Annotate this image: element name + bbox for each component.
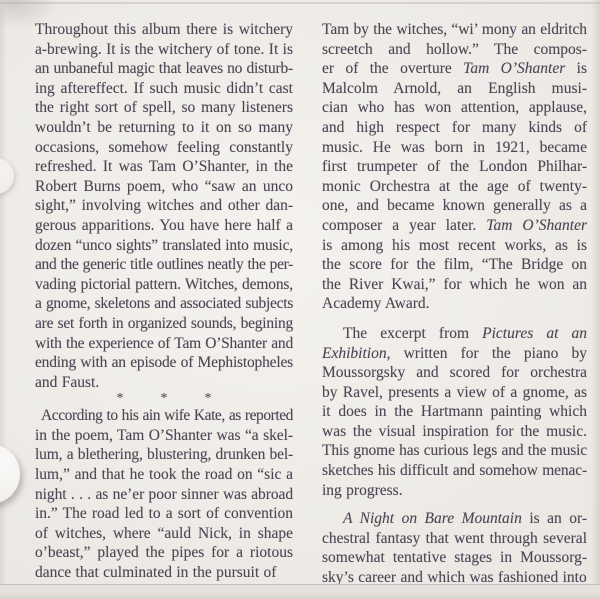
text-line: and the generic title outlines neatly th…	[35, 255, 293, 275]
text-line: dance that culminated in the pursuit of	[35, 563, 293, 583]
text-line: a-brewing. It is the witchery of tone. I…	[35, 40, 293, 60]
text-line: was the visual inspiration for the music…	[322, 422, 587, 442]
liner-notes-page: Throughout this album there is witcherya…	[0, 0, 600, 599]
text-line: in.” The road led to a sort of conventio…	[35, 504, 293, 524]
text-line: ing progress.	[322, 481, 587, 501]
text-line: the River Kwai,” for which he won an	[322, 275, 587, 295]
asterisk: *	[205, 393, 212, 406]
text-line: a gnome, skeletons and associated subjec…	[35, 294, 293, 314]
text-line: by Ravel, presents a view of a gnome, as	[322, 383, 587, 403]
text-line: dozen “unco sights” translated into musi…	[35, 236, 293, 256]
text-line: Exhibition, written for the piano by	[322, 344, 587, 364]
text-line: monic Orchestra at the age of twenty-	[322, 177, 587, 197]
text-line: Moussorgsky and scored for orchestra	[322, 363, 587, 383]
text-line: is among his most recent works, as is	[322, 236, 587, 256]
section-separator: ***	[35, 392, 293, 406]
paragraph: The excerpt from Pictures at anExhibitio…	[322, 324, 587, 500]
text-line: According to his ain wife Kate, as repor…	[35, 406, 293, 426]
text-line: lum, a blethering, blustering, drunken b…	[35, 445, 293, 465]
text-line: composer a year later. Tam O’Shanter	[322, 216, 587, 236]
text-line: of witches, where “auld Nick, in shape	[35, 524, 293, 544]
paragraph: A Night on Bare Mountain is an or-chestr…	[322, 509, 587, 587]
text-line: in the poem, Tam O’Shanter was “a skel-	[35, 426, 293, 446]
text-line: wouldn’t be returning to it on so many	[35, 118, 293, 138]
text-line: o’beast,” played the pipes for a riotous	[35, 543, 293, 563]
text-line: screetch and hollow.” The compos-	[322, 40, 587, 60]
text-line: and Faust.	[35, 373, 293, 393]
text-line: ending with an episode of Mephistopheles	[35, 353, 293, 373]
text-line: gerous apparitions. You have here half a	[35, 216, 293, 236]
text-line: lum,” and that he took the road on “sic …	[35, 465, 293, 485]
page-bottom-edge	[0, 584, 600, 599]
text-line: cian who has won attention, applause,	[322, 98, 587, 118]
page-left-edge-shadow	[0, 0, 7, 599]
text-column-right: Tam by the witches, “wi’ mony an eldritc…	[322, 20, 587, 588]
text-line: Throughout this album there is witchery	[35, 20, 293, 40]
asterisk: *	[161, 393, 168, 406]
text-line: one, and became known generally as a	[322, 196, 587, 216]
text-line: with the experience of Tam O’Shanter and	[35, 334, 293, 354]
page-top-edge	[0, 2, 600, 4]
text-line: are set forth in organized sounds, begin…	[35, 314, 293, 334]
text-line: sketches his difficult and somehow menac…	[322, 461, 587, 481]
text-line: A Night on Bare Mountain is an or-	[322, 509, 587, 529]
binder-notch-small	[0, 158, 14, 194]
text-line: Robert Burns poem, who “saw an unco	[35, 177, 293, 197]
text-line: er of the overture Tam O’Shanter is	[322, 59, 587, 79]
text-line: chestral fantasy that went through sever…	[322, 529, 587, 549]
paragraph: Tam by the witches, “wi’ mony an eldritc…	[322, 20, 587, 314]
text-line: the score for the film, “The Bridge on	[322, 255, 587, 275]
text-line: refreshed. It was Tam O’Shanter, in the	[35, 157, 293, 177]
text-line: night . . . as ne’er poor sinner was abr…	[35, 485, 293, 505]
text-line: occasions, somehow feeling constantly	[35, 138, 293, 158]
paragraph: Throughout this album there is witcherya…	[35, 20, 293, 392]
text-line: ing aftereffect. If such music didn’t ca…	[35, 79, 293, 99]
text-line: and high respect for many kinds of	[322, 118, 587, 138]
text-line: first trumpeter of the London Philhar-	[322, 157, 587, 177]
text-line: vading pictorial pattern. Witches, demon…	[35, 275, 293, 295]
text-line: it does in the Hartmann painting which	[322, 402, 587, 422]
asterisk: *	[117, 393, 124, 406]
text-line: This gnome has curious legs and the musi…	[322, 441, 587, 461]
text-line: Tam by the witches, “wi’ mony an eldritc…	[322, 20, 587, 40]
text-line: Malcolm Arnold, an English musi-	[322, 79, 587, 99]
paragraph: According to his ain wife Kate, as repor…	[35, 406, 293, 582]
text-line: sight,” involving witches and other dan-	[35, 196, 293, 216]
page-right-edge-shadow	[591, 0, 600, 599]
text-line: The excerpt from Pictures at an	[322, 324, 587, 344]
text-line: Academy Award.	[322, 294, 587, 314]
text-line: the right sort of spell, so many listene…	[35, 98, 293, 118]
text-column-left: Throughout this album there is witcherya…	[35, 20, 293, 583]
text-line: an unbaneful magic that leaves no distur…	[35, 59, 293, 79]
text-line: somewhat tentative stages in Moussorg-	[322, 548, 587, 568]
text-line: music. He was born in 1921, became	[322, 138, 587, 158]
binder-notch	[0, 444, 20, 504]
